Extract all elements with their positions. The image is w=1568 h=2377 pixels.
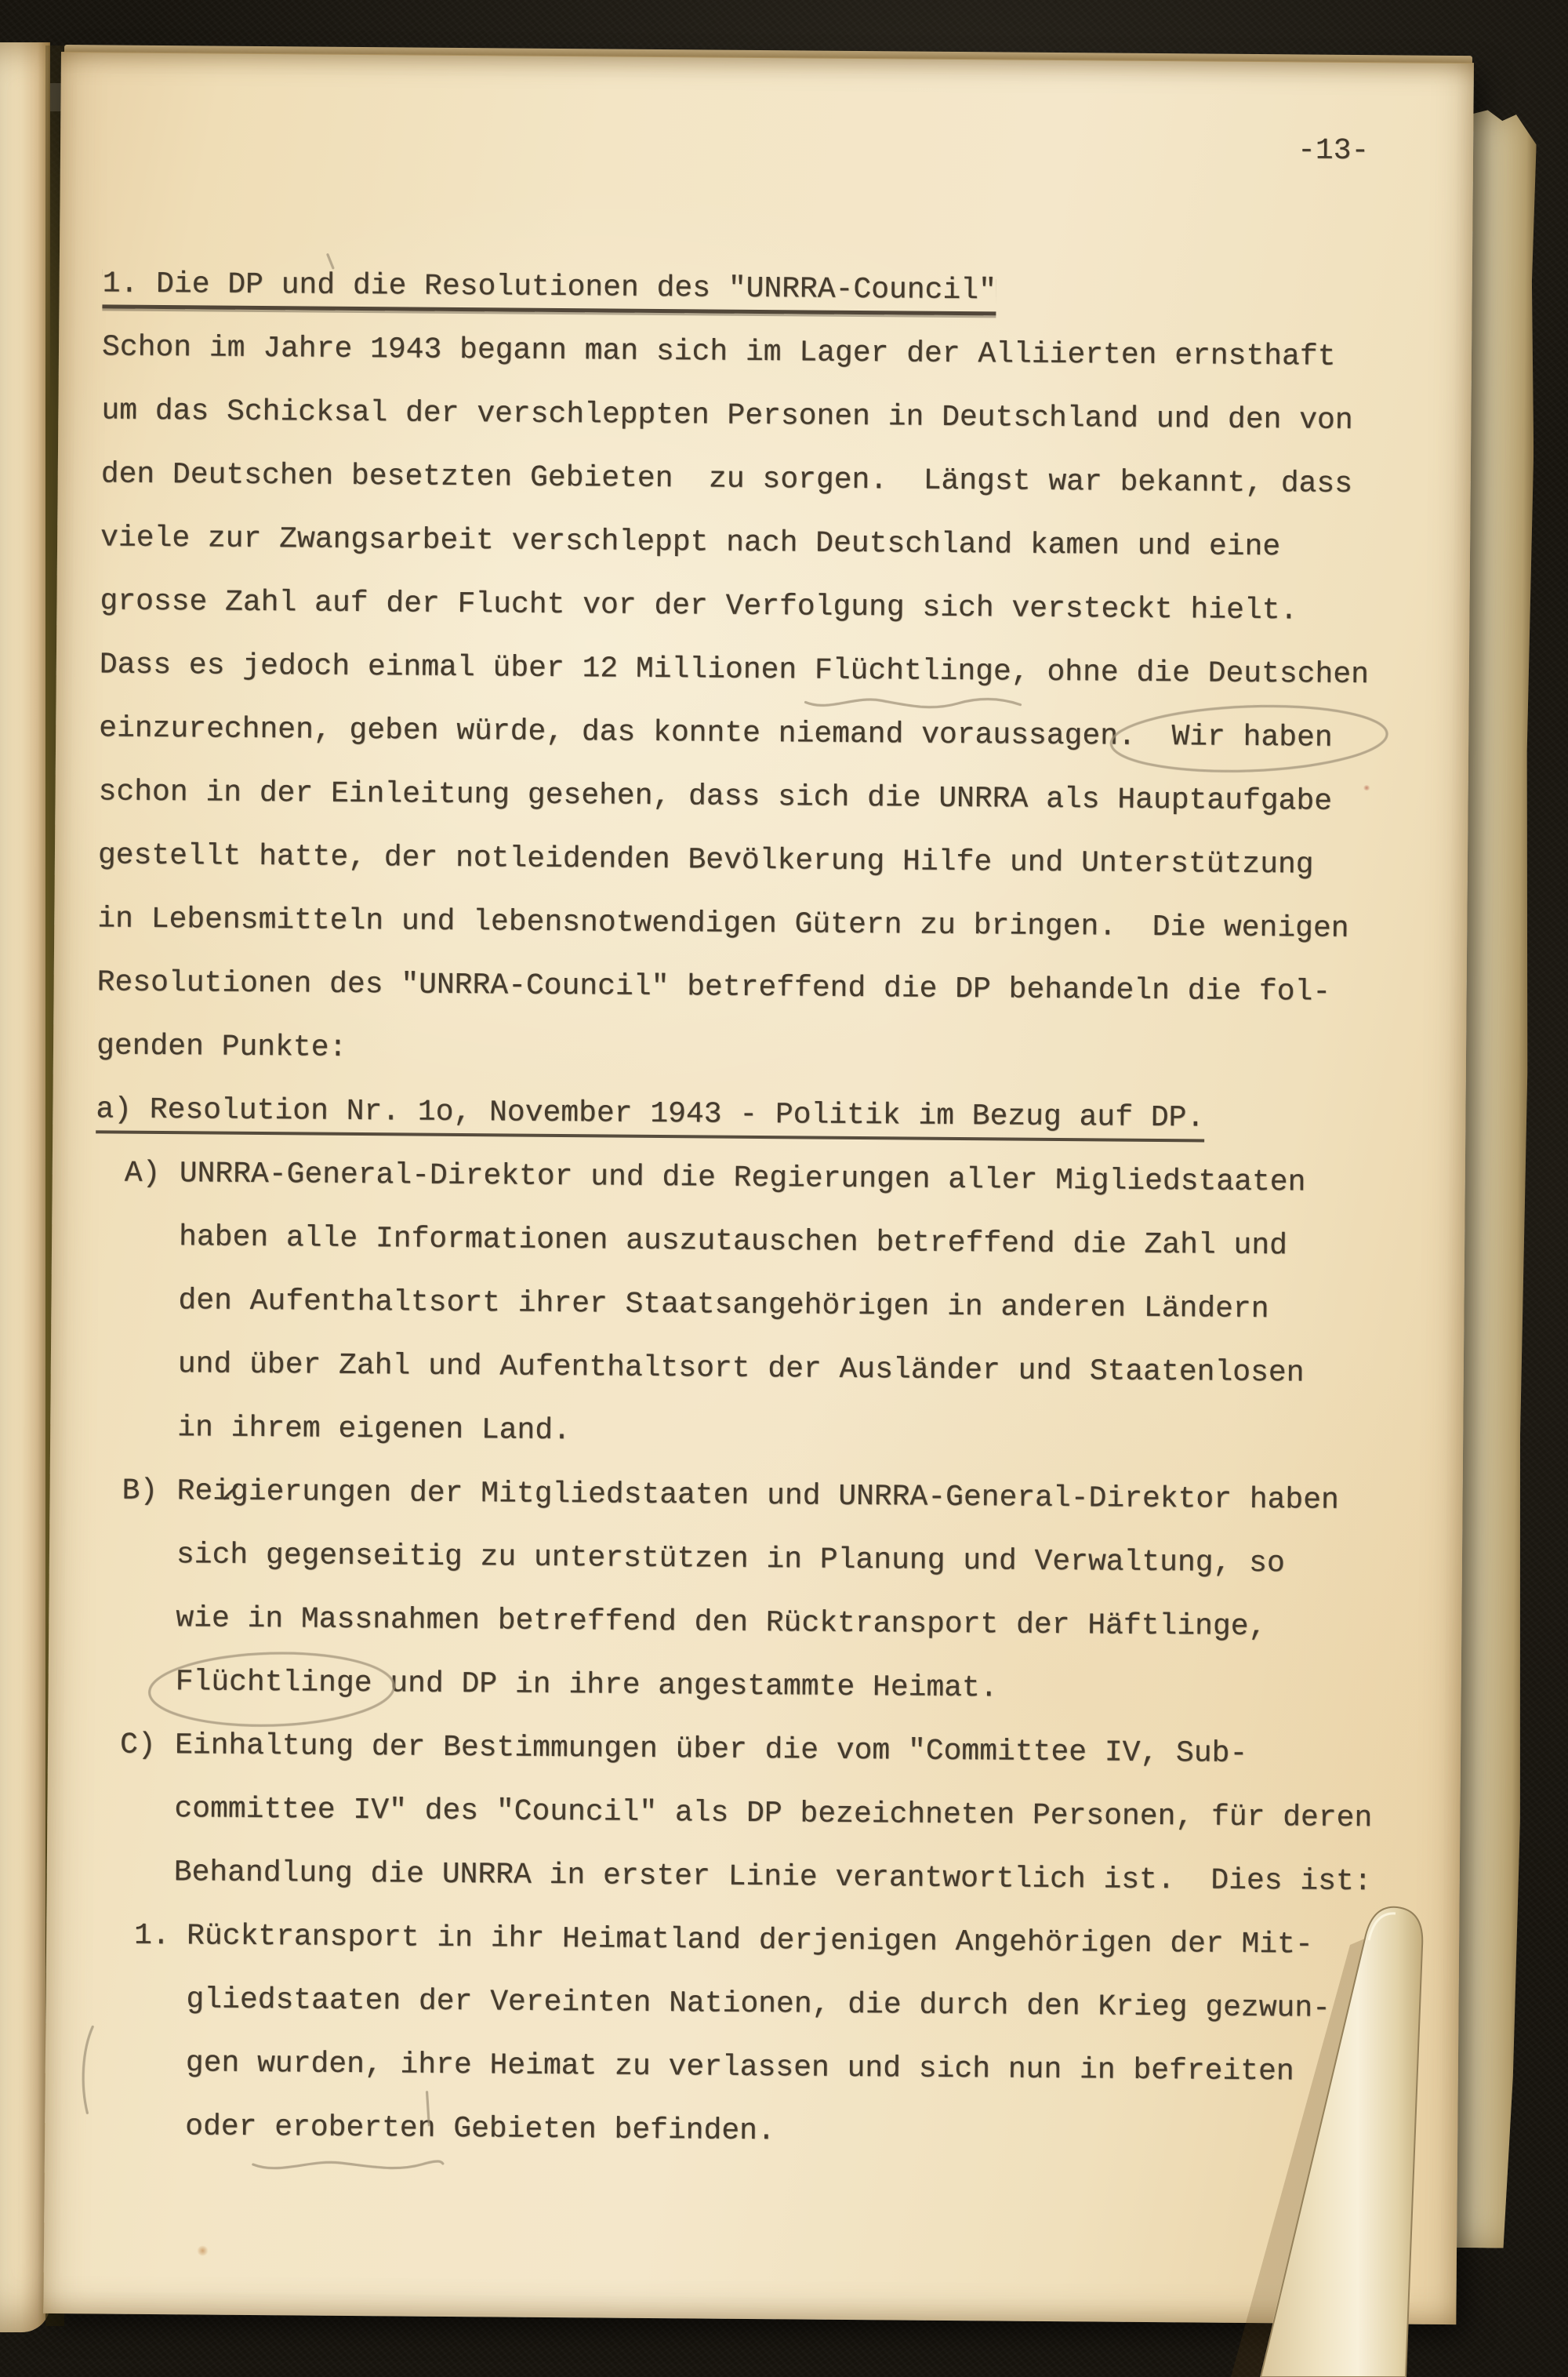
resolution-subheading: a) Resolution Nr. 1o, November 1943 - Po… — [53, 1078, 1466, 1152]
resolution-subheading-text: a) Resolution Nr. 1o, November 1943 - Po… — [96, 1092, 1204, 1142]
scanned-book-photo: -13- 1. Die DP und die Resolutionen des … — [0, 0, 1568, 2377]
item-b-line: B)Rei̷gierungen der Mitgliedstaaten und … — [49, 1459, 1463, 1533]
paragraph-line: in Lebensmitteln und lebensnotwendigen G… — [54, 887, 1468, 961]
section-heading: 1. Die DP und die Resolutionen des "UNRR… — [59, 252, 1472, 326]
paragraph-line: gestellt hatte, der notleidenden Bevölke… — [55, 823, 1468, 898]
item-c-line: committee IV" des "Council" als DP bezei… — [47, 1776, 1461, 1851]
item-c-text: Einhaltung der Bestimmungen über die vom… — [175, 1728, 1248, 1771]
previous-page-edge — [0, 42, 50, 2332]
item-1-label: 1. — [134, 1904, 187, 1968]
item-a-line: A)UNRRA-General-Direktor und die Regieru… — [52, 1141, 1465, 1216]
paragraph-line: um das Schicksal der verschleppten Perso… — [58, 379, 1472, 453]
item-c-line: C)Einhaltung der Bestimmungen über die v… — [48, 1713, 1461, 1787]
paragraph-line: Resolutionen des "UNRRA-Council" betreff… — [53, 950, 1467, 1025]
paragraph-line: den Deutschen besetzten Gebieten zu sorg… — [57, 442, 1471, 517]
paragraph-line: Schon im Jahre 1943 begann man sich im L… — [59, 315, 1472, 390]
paper-stain — [1363, 785, 1370, 791]
item-1-text: Rücktransport in ihr Heimatland derjenig… — [187, 1919, 1313, 1961]
item-c-label: C) — [120, 1714, 176, 1778]
pencil-underline-oder-eroberten — [253, 2160, 443, 2169]
item-b-line: wie in Massnahmen betreffend den Rücktra… — [49, 1586, 1462, 1660]
paragraph-line: schon in der Einleitung gesehen, dass si… — [55, 760, 1468, 834]
item-b-line: sich gegenseitig zu unterstützen in Plan… — [49, 1522, 1463, 1597]
item-a-line: den Aufenthaltsort ihrer Staatsangehörig… — [51, 1268, 1465, 1343]
item-b-line: Flüchtlinge und DP in ihre angestammte H… — [48, 1649, 1461, 1724]
item-b-text: Rei̷gierungen der Mitgliedstaaten und UN… — [176, 1474, 1339, 1517]
item-a-text: UNRRA-General-Direktor und die Regierung… — [180, 1157, 1306, 1199]
item-b-label: B) — [122, 1459, 177, 1524]
page-number: -13- — [1298, 133, 1370, 168]
paragraph-line: viele zur Zwangsarbeit verschleppt nach … — [57, 506, 1471, 580]
section-heading-text: 1. Die DP und die Resolutionen des "UNRR… — [102, 267, 996, 315]
page-curl — [1207, 1881, 1544, 2377]
paragraph-line: genden Punkte: — [53, 1014, 1467, 1089]
paragraph-line: grosse Zahl auf der Flucht vor der Verfo… — [56, 569, 1470, 644]
item-a-label: A) — [124, 1142, 180, 1206]
item-a-line: und über Zahl und Aufenthaltsort der Aus… — [51, 1332, 1465, 1406]
paper-stain — [197, 2245, 209, 2255]
paragraph-line: einzurechnen, geben würde, das konnte ni… — [56, 696, 1469, 771]
item-a-line: in ihrem eigenen Land. — [50, 1395, 1464, 1470]
paragraph-line: Dass es jedoch einmal über 12 Millionen … — [56, 633, 1470, 707]
item-a-line: haben alle Informationen auszutauschen b… — [52, 1205, 1465, 1279]
